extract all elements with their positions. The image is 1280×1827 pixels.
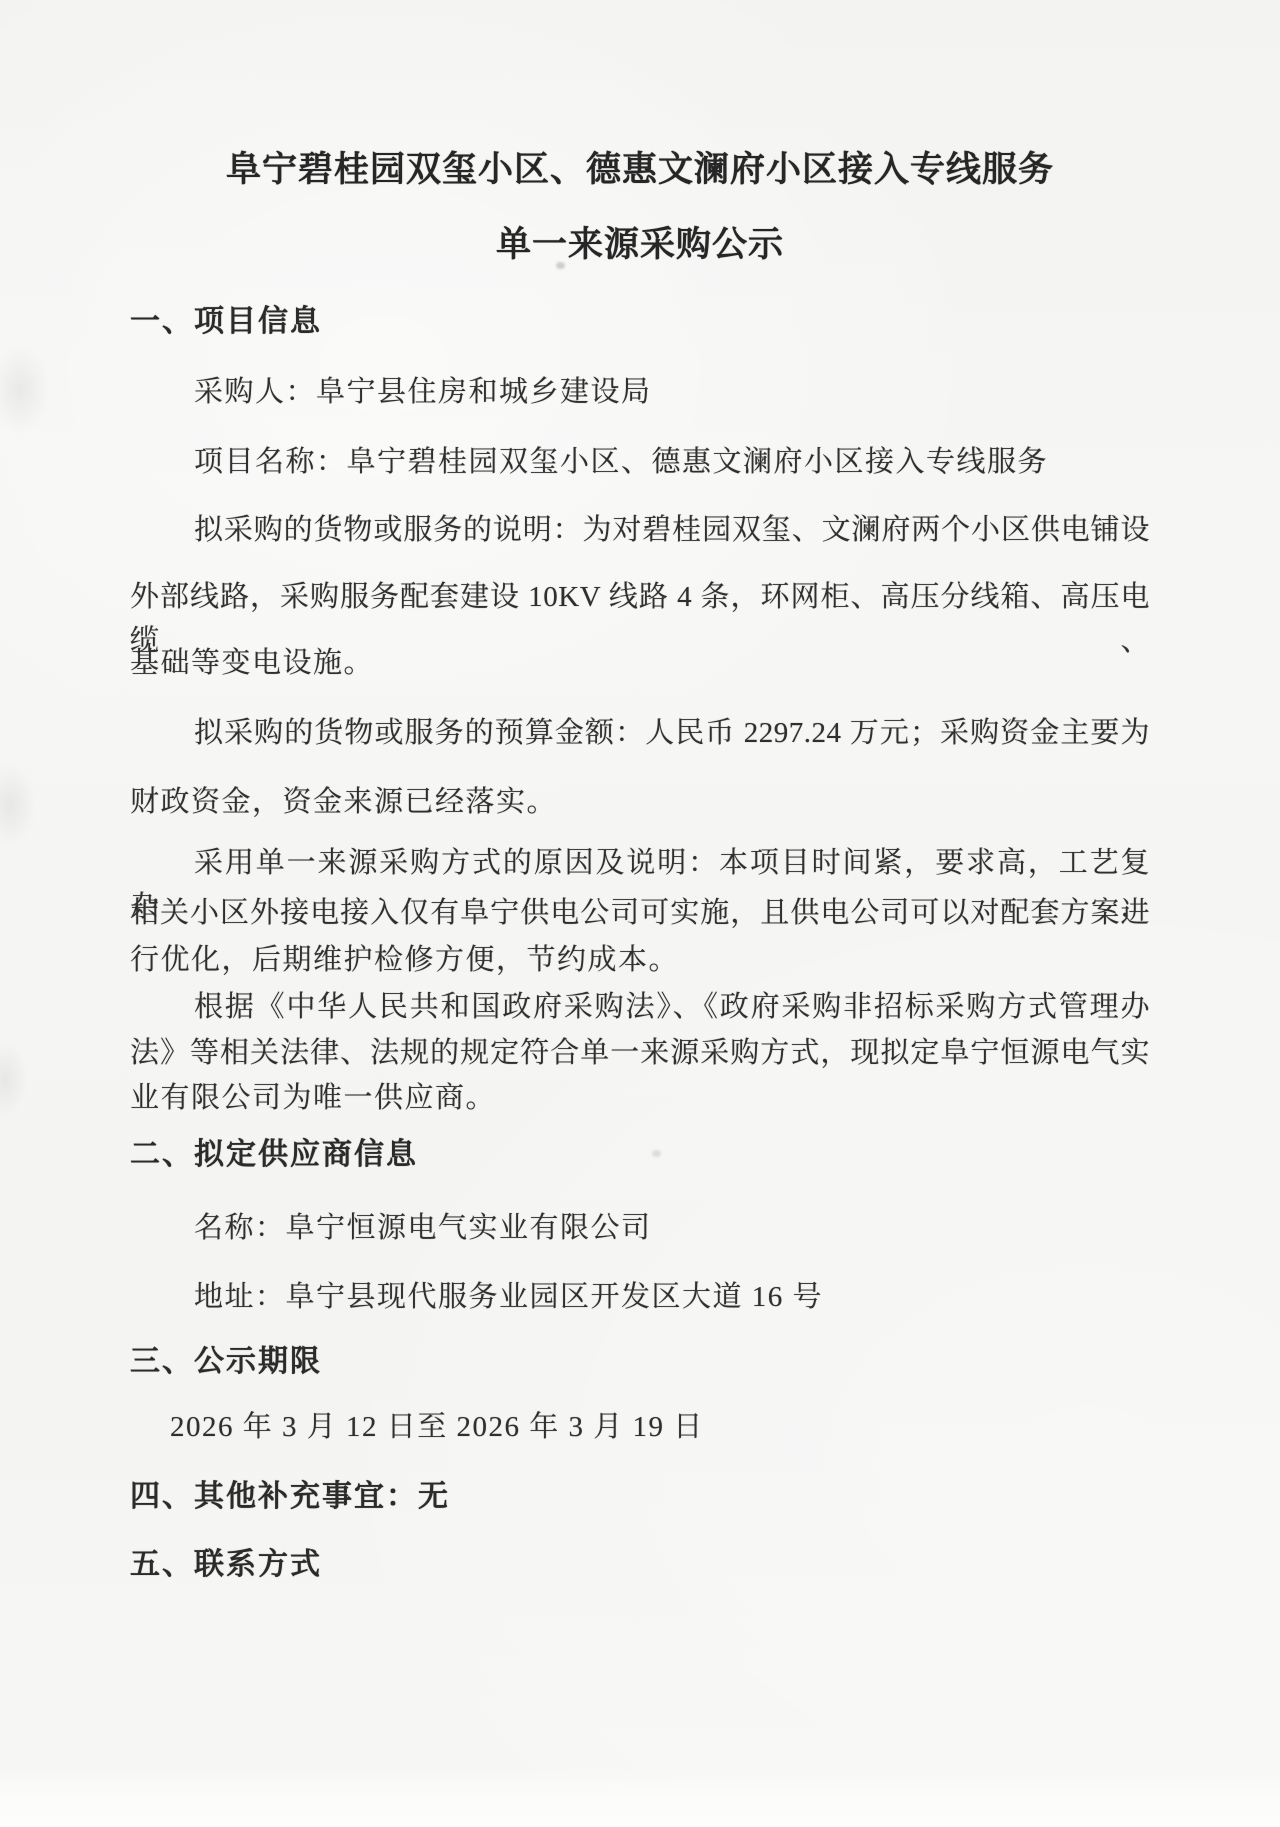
section5-heading-contact-info: 五、联系方式 (130, 1543, 1150, 1587)
publicity-period-line: 2026 年 3 月 12 日至 2026 年 3 月 19 日 (130, 1405, 1150, 1449)
scan-smudge (0, 1030, 35, 1130)
budget-line1: 拟采购的货物或服务的预算金额：人民币 2297.24 万元；采购资金主要为 (130, 711, 1150, 755)
scanned-document-page: 阜宁碧桂园双玺小区、德惠文澜府小区接入专线服务 单一来源采购公示 一、项目信息 … (0, 0, 1280, 1827)
legal-line2: 法》等相关法律、法规的规定符合单一来源采购方式，现拟定阜宁恒源电气实 (130, 1031, 1150, 1075)
legal-line1: 根据《中华人民共和国政府采购法》、《政府采购非招标采购方式管理办 (130, 985, 1150, 1029)
reason-line3: 行优化，后期维护检修方便，节约成本。 (130, 938, 1150, 982)
buyer-line: 采购人：阜宁县住房和城乡建设局 (130, 370, 1150, 414)
section3-heading-publicity-period: 三、公示期限 (130, 1340, 1150, 1384)
budget-line2: 财政资金，资金来源已经落实。 (130, 780, 1150, 824)
reason-line2: 相关小区外接电接入仅有阜宁供电公司可实施，且供电公司可以对配套方案进 (130, 891, 1150, 935)
project-name-line: 项目名称：阜宁碧桂园双玺小区、德惠文澜府小区接入专线服务 (130, 440, 1150, 484)
description-line3: 基础等变电设施。 (130, 641, 1150, 685)
section2-heading-supplier-info: 二、拟定供应商信息 (130, 1133, 1150, 1177)
scan-smudge (0, 330, 60, 450)
section1-heading-project-info: 一、项目信息 (130, 300, 1150, 344)
legal-line3: 业有限公司为唯一供应商。 (130, 1076, 1150, 1120)
document-title-line1: 阜宁碧桂园双玺小区、德惠文澜府小区接入专线服务 (130, 143, 1150, 197)
supplier-address-line: 地址：阜宁县现代服务业园区开发区大道 16 号 (130, 1275, 1150, 1319)
description-line2: 外部线路，采购服务配套建设 10KV 线路 4 条，环网柜、高压分线箱、高压电缆… (130, 575, 1150, 619)
reason-line1: 采用单一来源采购方式的原因及说明：本项目时间紧，要求高，工艺复杂， (130, 841, 1150, 885)
supplier-name-line: 名称：阜宁恒源电气实业有限公司 (130, 1206, 1150, 1250)
section4-heading-other-matters: 四、其他补充事宜：无 (130, 1475, 1150, 1519)
description-line1: 拟采购的货物或服务的说明：为对碧桂园双玺、文澜府两个小区供电铺设 (130, 508, 1150, 552)
scan-smudge (0, 750, 45, 860)
scan-bottom-edge (0, 1769, 1280, 1827)
document-title-line2: 单一来源采购公示 (130, 218, 1150, 272)
